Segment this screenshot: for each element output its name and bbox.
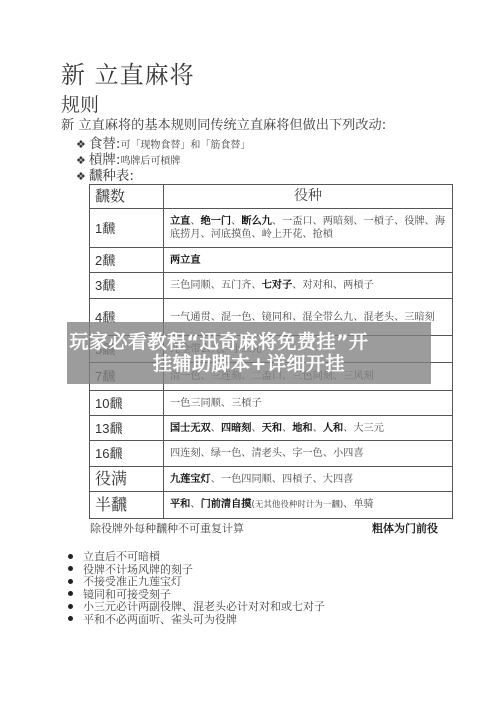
closed-yaku-text: 门前清自摸 [201, 499, 252, 510]
table-row: 半飜平和、门前清自摸(无其他役种时计为一飜)、单骑 [90, 492, 453, 519]
yaku-text: 三色同顺、五门齐、 [170, 280, 262, 291]
closed-yaku-text: 七对子 [262, 280, 293, 291]
yaku-text: 、 [190, 499, 200, 510]
intro-text: 新 立直麻将的基本规则同传统立直麻将但做出下列改动: [61, 117, 386, 135]
table-header-row: 飜数 役种 [90, 185, 453, 209]
bullet-dot-icon [68, 554, 73, 559]
yaku-text: (无其他役种时计为一飜) [252, 500, 344, 510]
han-cell: 13飜 [90, 416, 164, 441]
yaku-cell: 四连刻、绿一色、清老头、字一色、小四喜 [164, 441, 453, 467]
table-row: 1飜立直、绝一门、断么九、一盃口、两暗刻、一槓子、役牌、海底捞月、河底摸鱼、岭上… [90, 209, 453, 248]
watermark-banner: 玩家必看教程“迅奇麻将免费挂”开 挂辅助脚本+详细开挂 [67, 322, 431, 384]
rule-detail: 可「现物食替」和「筋食替」 [120, 140, 250, 151]
closed-yaku-text: 立直 [170, 216, 190, 227]
note-text: 不接受准正九莲宝灯 [83, 575, 182, 588]
rule-label: 槓牌: [89, 152, 121, 168]
closed-yaku-text: 天和 [262, 423, 282, 434]
table-row: 2飜两立直 [90, 248, 453, 273]
yaku-text: 一色三同顺、三槓子 [170, 398, 262, 409]
yaku-cell: 九莲宝灯、一色四同顺、四槓子、大四喜 [164, 467, 453, 492]
bullet-dot-icon [68, 579, 73, 584]
watermark-line-2: 挂辅助脚本+详细开挂 [67, 353, 431, 375]
yaku-text: 、 [211, 423, 221, 434]
han-cell: 半飜 [90, 492, 164, 519]
closed-yaku-text: 九莲宝灯 [170, 474, 211, 485]
diamond-bullet-icon: ❖ [76, 154, 86, 167]
closed-yaku-text: 平和 [170, 499, 190, 510]
table-row: 3飜三色同顺、五门齐、七对子、对对和、两槓子 [90, 273, 453, 299]
watermark-line-1: 玩家必看教程“迅奇麻将免费挂”开 [7, 331, 431, 353]
yaku-text: 、一色四同顺、四槓子、大四喜 [211, 474, 354, 485]
rule-label: 食替: [89, 136, 121, 152]
bullet-dot-icon [68, 591, 73, 596]
closed-yaku-text: 四暗刻 [221, 423, 252, 434]
rule-detail: 鸣牌后可槓牌 [120, 156, 180, 167]
note-text: 立直后不可暗槓 [83, 550, 160, 563]
diamond-bullet-icon: ❖ [76, 170, 86, 183]
yaku-cell: 两立直 [164, 248, 453, 273]
table-row: 役满九莲宝灯、一色四同顺、四槓子、大四喜 [90, 467, 453, 492]
closed-yaku-text: 人和 [323, 423, 343, 434]
yaku-text: 一气通贯、混一色、镜同和、混全带么九、混老头、三暗刻 [170, 312, 435, 323]
page-title: 新 立直麻将 [61, 60, 195, 90]
closed-yaku-text: 断么九 [241, 216, 272, 227]
yaku-text: 、 [190, 216, 200, 227]
table-row: 16飜四连刻、绿一色、清老头、字一色、小四喜 [90, 441, 453, 467]
yaku-cell: 立直、绝一门、断么九、一盃口、两暗刻、一槓子、役牌、海底捞月、河底摸鱼、岭上开花… [164, 209, 453, 248]
han-cell: 役满 [90, 467, 164, 492]
yaku-cell: 一色三同顺、三槓子 [164, 391, 453, 416]
yaku-text: 、 [231, 216, 241, 227]
list-item: 平和不必两面听、雀头可为役牌 [68, 614, 325, 627]
yaku-text: 、 [252, 423, 262, 434]
han-cell: 1飜 [90, 209, 164, 248]
note-text: 役牌不计场风牌的刻子 [83, 563, 193, 576]
yaku-cell: 三色同顺、五门齐、七对子、对对和、两槓子 [164, 273, 453, 299]
rule-item-yaku-table: ❖飜种表: [76, 168, 134, 185]
bullet-dot-icon [68, 604, 73, 609]
notes-list: 立直后不可暗槓役牌不计场风牌的刻子不接受准正九莲宝灯镜同和可接受刻子小三元必计两… [68, 551, 325, 627]
header-yaku: 役种 [164, 185, 453, 209]
closed-yaku-text: 地和 [292, 423, 312, 434]
han-cell: 2飜 [90, 248, 164, 273]
han-cell: 10飜 [90, 391, 164, 416]
yaku-text: 、大三元 [343, 423, 384, 434]
footnote-bold-legend: 粗体为门前役 [372, 522, 438, 536]
yaku-text: 、 [313, 423, 323, 434]
yaku-text: 、单骑 [343, 499, 374, 510]
note-text: 镜同和可接受刻子 [83, 588, 171, 601]
han-cell: 16飜 [90, 441, 164, 467]
bullet-dot-icon [68, 616, 73, 621]
note-text: 平和不必两面听、雀头可为役牌 [83, 613, 237, 626]
footnote-no-stacking: 除役牌外每种飜种不可重复计算 [90, 522, 244, 536]
han-cell: 3飜 [90, 273, 164, 299]
table-row: 13飜国士无双、四暗刻、天和、地和、人和、大三元 [90, 416, 453, 441]
yaku-cell: 平和、门前清自摸(无其他役种时计为一飜)、单骑 [164, 492, 453, 519]
header-han: 飜数 [90, 185, 164, 209]
table-row: 10飜一色三同顺、三槓子 [90, 391, 453, 416]
closed-yaku-text: 绝一门 [201, 216, 232, 227]
closed-yaku-text: 国士无双 [170, 423, 211, 434]
bullet-dot-icon [68, 566, 73, 571]
diamond-bullet-icon: ❖ [76, 138, 86, 151]
yaku-text: 、 [282, 423, 292, 434]
section-heading-rules: 规则 [61, 93, 99, 117]
note-text: 小三元必计两副役牌、混老头必计对对和或七对子 [83, 600, 325, 613]
yaku-cell: 国士无双、四暗刻、天和、地和、人和、大三元 [164, 416, 453, 441]
rule-label: 飜种表: [89, 168, 134, 184]
closed-yaku-text: 两立直 [170, 255, 201, 266]
yaku-text: 、对对和、两槓子 [292, 280, 374, 291]
yaku-text: 四连刻、绿一色、清老头、字一色、小四喜 [170, 448, 364, 459]
